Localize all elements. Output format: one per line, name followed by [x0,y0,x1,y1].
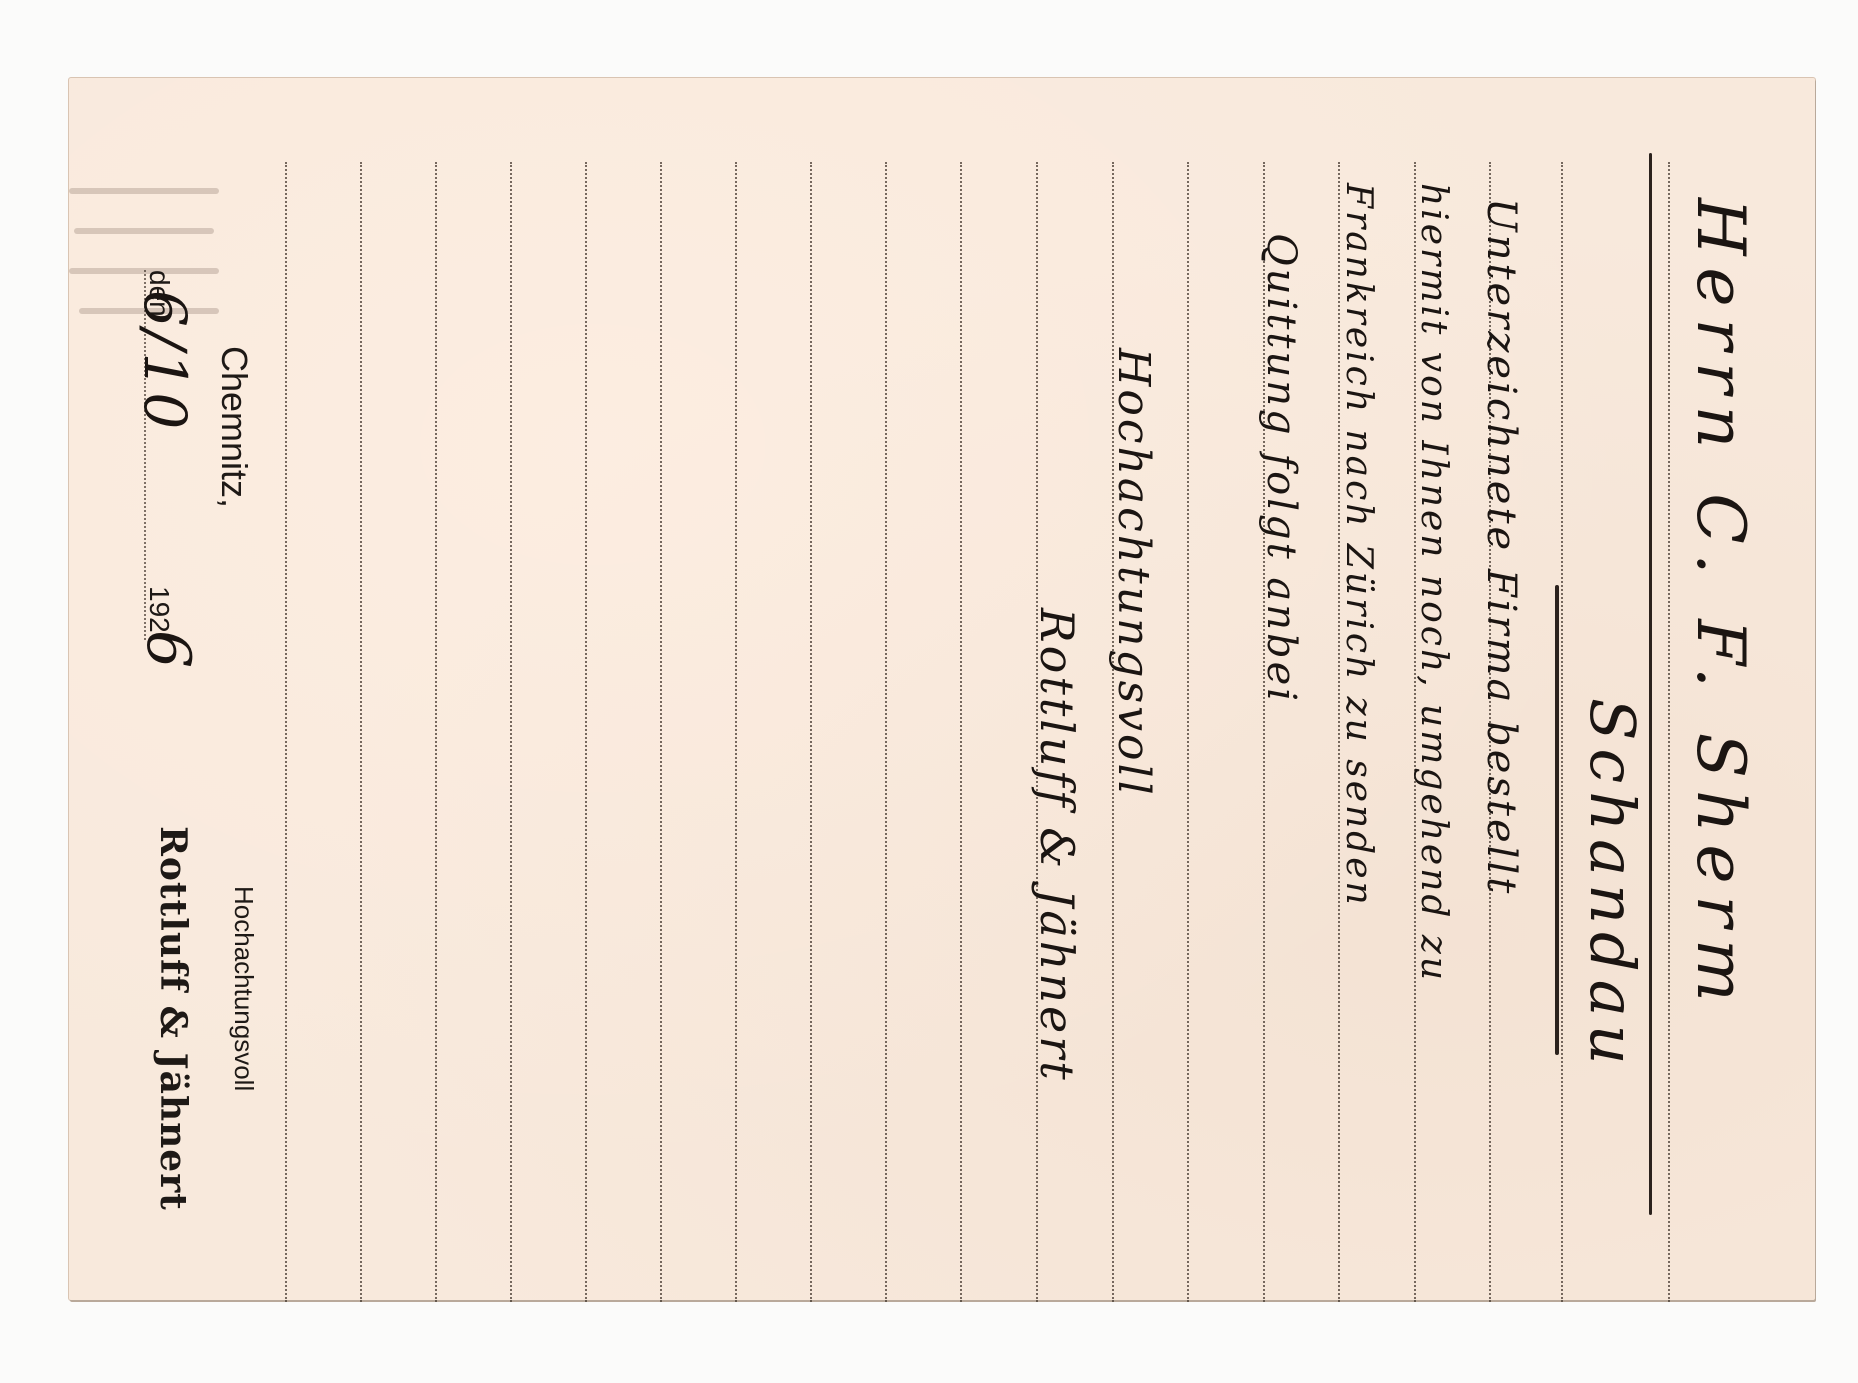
writing-rule [735,162,737,1302]
body-line: hiermit von Ihnen noch, umgehend zu [1413,183,1454,983]
body-line: Quittung folgt anbei [1258,233,1304,704]
postcard: den Chemnitz, 192 Hochachtungsvoll Rottl… [69,78,1815,1300]
signature-line: Hochachtungsvoll [1108,348,1159,798]
address-underline [1555,585,1559,1055]
year-prefix: 192 [143,586,175,633]
address-line-2: Schandau [1576,698,1649,1073]
body-line: Frankreich nach Zürich zu senden [1338,183,1379,908]
handwritten-year: 6 [133,630,203,671]
signature-line: Rottluff & Jähnert [1030,608,1084,1083]
writing-rule [1187,162,1189,1302]
writing-rule [360,162,362,1302]
postmark-bar [74,228,214,234]
writing-rule [585,162,587,1302]
company-name: Rottluff & Jähnert [152,826,194,1211]
writing-rule [435,162,437,1302]
writing-rule [960,162,962,1302]
writing-rule [510,162,512,1302]
body-line: Unterzeichnete Firma bestellt [1478,198,1524,896]
place-name: Chemnitz, [213,346,255,508]
closing-text: Hochachtungsvoll [228,886,259,1091]
address-underline [1649,153,1652,1215]
writing-rule [1561,162,1563,1302]
address-line-1: Herrn C. F. Sherm [1682,198,1759,1014]
writing-rule [885,162,887,1302]
writing-rule [285,162,287,1302]
writing-rule [1668,162,1670,1302]
handwritten-date: 6/10 [131,290,199,432]
postmark-bar [69,188,219,194]
writing-rule [810,162,812,1302]
writing-rule [660,162,662,1302]
